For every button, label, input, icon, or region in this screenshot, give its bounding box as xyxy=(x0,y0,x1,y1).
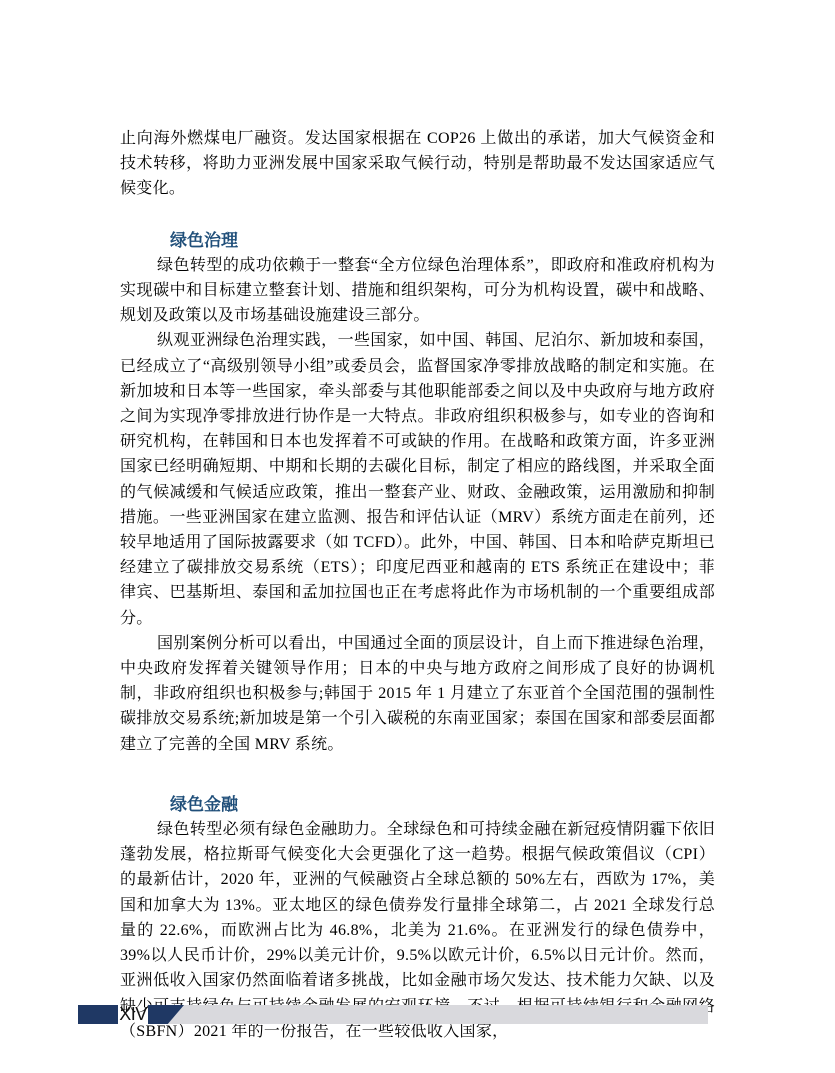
body-paragraph: 绿色转型的成功依赖于一整套“全方位绿色治理体系”，即政府和准政府机构为实现碳中和… xyxy=(120,253,715,329)
section-heading-green-governance: 绿色治理 xyxy=(120,228,715,253)
section-heading-green-finance: 绿色金融 xyxy=(120,792,715,817)
body-paragraph: 纵观亚洲绿色治理实践，一些国家，如中国、韩国、尼泊尔、新加坡和泰国，已经成立了“… xyxy=(120,328,715,630)
document-page: 止向海外燃煤电厂融资。发达国家根据在 COP26 上做出的承诺，加大气候资金和技… xyxy=(0,0,835,1073)
page-body-text: 止向海外燃煤电厂融资。发达国家根据在 COP26 上做出的承诺，加大气候资金和技… xyxy=(120,0,715,1044)
body-paragraph: 国别案例分析可以看出，中国通过全面的顶层设计，自上而下推进绿色治理，中央政府发挥… xyxy=(120,631,715,757)
footer-gray-rule xyxy=(148,1005,708,1024)
footer-left-navy-block xyxy=(78,1005,118,1024)
page-number: XIV xyxy=(118,1003,148,1025)
intro-paragraph: 止向海外燃煤电厂融资。发达国家根据在 COP26 上做出的承诺，加大气候资金和技… xyxy=(120,126,715,202)
